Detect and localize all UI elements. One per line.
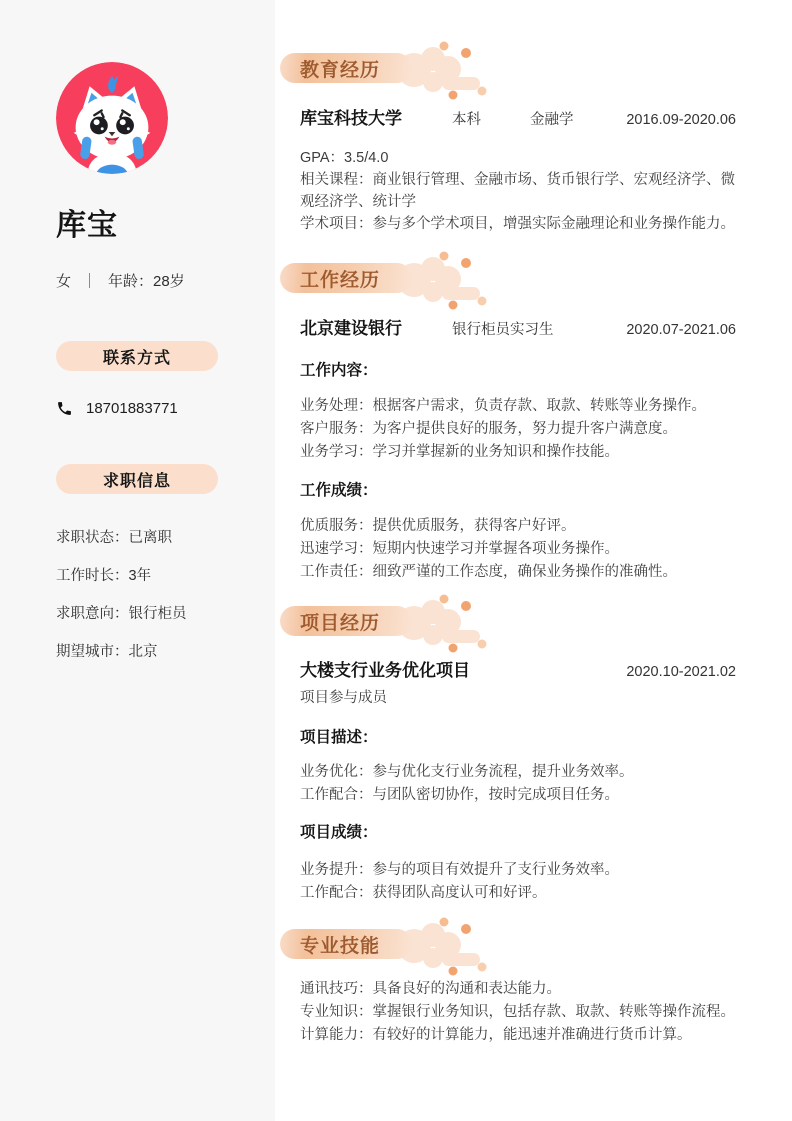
list-item: 迅速学习：短期内快速学习并掌握各项业务操作。 <box>300 538 736 561</box>
info-value: 北京 <box>129 640 158 661</box>
list-item: 业务提升：参与的项目有效提升了支行业务效率。 <box>300 859 736 882</box>
job-info-section-title: 求职信息 <box>56 464 218 494</box>
section-title-pill: 专业技能 <box>280 929 412 959</box>
project-achievement-heading: 项目成绩： <box>300 823 736 842</box>
list-item: 工作配合：与团队密切协作，按时完成项目任务。 <box>300 784 736 807</box>
section-header: 专业技能 <box>300 929 736 959</box>
list-item: 通讯技巧：具备良好的沟通和表达能力。 <box>300 978 736 1001</box>
section-header: 教育经历 <box>300 53 736 83</box>
list-item: 业务学习：学习并掌握新的业务知识和操作技能。 <box>300 441 736 464</box>
info-row-city: 期望城市： 北京 <box>56 640 249 661</box>
date-range: 2020.07-2021.06 <box>626 322 736 338</box>
info-label: 求职意向： <box>56 602 129 623</box>
work-entry-row: 北京建设银行 银行柜员实习生 2020.07-2021.06 <box>300 314 736 339</box>
company-name: 北京建设银行 <box>300 314 452 339</box>
project-achievement-list: 业务提升：参与的项目有效提升了支行业务效率。 工作配合：获得团队高度认可和好评。 <box>300 859 736 905</box>
work-achievement-heading: 工作成绩： <box>300 481 736 500</box>
section-header: 工作经历 <box>300 263 736 293</box>
school-name: 库宝科技大学 <box>300 104 452 129</box>
major-label: 金融学 <box>530 108 574 129</box>
section-education: 教育经历 库宝科技大学 本科 金融学 2016.09-2020.06 GPA：3… <box>300 53 736 235</box>
skills-list: 通讯技巧：具备良好的沟通和表达能力。 专业知识：掌握银行业务知识，包括存款、取款… <box>300 978 736 1047</box>
section-title-pill: 教育经历 <box>280 53 412 83</box>
age-label: 年龄：28岁 <box>108 270 185 291</box>
info-row-experience: 工作时长： 3年 <box>56 564 249 585</box>
resume-main-column: 教育经历 库宝科技大学 本科 金融学 2016.09-2020.06 GPA：3… <box>300 0 736 1047</box>
section-header: 项目经历 <box>300 606 736 636</box>
gender-label: 女 <box>56 270 71 291</box>
info-label: 期望城市： <box>56 640 129 661</box>
section-skills: 专业技能 通讯技巧：具备良好的沟通和表达能力。 专业知识：掌握银行业务知识，包括… <box>300 929 736 1047</box>
degree-label: 本科 <box>452 108 530 129</box>
sidebar: 库宝 女 ｜ 年龄：28岁 联系方式 18701883771 求职信息 求职状态… <box>0 0 275 1121</box>
project-description-list: 业务优化：参与优化支行业务流程，提升业务效率。 工作配合：与团队密切协作，按时完… <box>300 761 736 807</box>
work-content-heading: 工作内容： <box>300 361 736 380</box>
list-item: 工作责任：细致严谨的工作态度，确保业务操作的准确性。 <box>300 561 736 584</box>
info-value: 3年 <box>129 564 152 585</box>
phone-number: 18701883771 <box>86 400 178 417</box>
bubble-decoration-icon <box>400 592 505 654</box>
academic-project-line: 学术项目：参与多个学术项目，增强实际金融理论和业务操作能力。 <box>300 213 736 235</box>
bubble-decoration-icon <box>400 915 505 977</box>
section-work: 工作经历 北京建设银行 银行柜员实习生 2020.07-2021.06 工作内容… <box>300 263 736 584</box>
gender-age-row: 女 ｜ 年龄：28岁 <box>56 270 249 291</box>
project-name: 大楼支行业务优化项目 <box>300 656 470 681</box>
list-item: 计算能力：有较好的计算能力，能迅速并准确进行货币计算。 <box>300 1024 736 1047</box>
list-item: 工作配合：获得团队高度认可和好评。 <box>300 882 736 905</box>
meta-separator: ｜ <box>82 270 97 291</box>
section-title: 工作经历 <box>300 265 380 292</box>
work-achievement-list: 优质服务：提供优质服务，获得客户好评。 迅速学习：短期内快速学习并掌握各项业务操… <box>300 515 736 584</box>
date-range: 2016.09-2020.06 <box>626 112 736 128</box>
section-title: 项目经历 <box>300 608 380 635</box>
bubble-decoration-icon <box>400 39 505 101</box>
phone-icon <box>56 400 73 417</box>
list-item: 优质服务：提供优质服务，获得客户好评。 <box>300 515 736 538</box>
list-item: 业务处理：根据客户需求，负责存款、取款、转账等业务操作。 <box>300 395 736 418</box>
section-title-pill: 项目经历 <box>280 606 412 636</box>
phone-row: 18701883771 <box>56 400 249 417</box>
section-title: 专业技能 <box>300 931 380 958</box>
avatar <box>56 62 168 174</box>
info-label: 工作时长： <box>56 564 129 585</box>
date-range: 2020.10-2021.02 <box>626 664 736 680</box>
section-title: 教育经历 <box>300 55 380 82</box>
education-entry-row: 库宝科技大学 本科 金融学 2016.09-2020.06 <box>300 104 736 129</box>
gpa-line: GPA：3.5/4.0 <box>300 147 736 169</box>
section-title-pill: 工作经历 <box>280 263 412 293</box>
project-entry-row: 大楼支行业务优化项目 2020.10-2021.02 <box>300 656 736 681</box>
courses-line: 相关课程：商业银行管理、金融市场、货币银行学、宏观经济学、微观经济学、统计学 <box>300 169 736 213</box>
bubble-decoration-icon <box>400 249 505 311</box>
job-title: 银行柜员实习生 <box>452 318 554 339</box>
info-label: 求职状态： <box>56 526 129 547</box>
contact-section-title: 联系方式 <box>56 341 218 371</box>
list-item: 专业知识：掌握银行业务知识，包括存款、取款、转账等操作流程。 <box>300 1001 736 1024</box>
job-info-list: 求职状态： 已离职 工作时长： 3年 求职意向： 银行柜员 期望城市： 北京 <box>56 526 249 661</box>
info-value: 银行柜员 <box>129 602 187 623</box>
list-item: 业务优化：参与优化支行业务流程，提升业务效率。 <box>300 761 736 784</box>
section-project: 项目经历 大楼支行业务优化项目 2020.10-2021.02 项目参与成员 项… <box>300 606 736 905</box>
mascot-cat-icon <box>56 62 168 174</box>
project-description-heading: 项目描述： <box>300 728 736 747</box>
project-role: 项目参与成员 <box>300 689 736 707</box>
work-content-list: 业务处理：根据客户需求，负责存款、取款、转账等业务操作。 客户服务：为客户提供良… <box>300 395 736 464</box>
info-value: 已离职 <box>129 526 173 547</box>
info-row-intention: 求职意向： 银行柜员 <box>56 602 249 623</box>
education-details: GPA：3.5/4.0 相关课程：商业银行管理、金融市场、货币银行学、宏观经济学… <box>300 147 736 235</box>
info-row-status: 求职状态： 已离职 <box>56 526 249 547</box>
candidate-name: 库宝 <box>56 200 249 244</box>
list-item: 客户服务：为客户提供良好的服务，努力提升客户满意度。 <box>300 418 736 441</box>
